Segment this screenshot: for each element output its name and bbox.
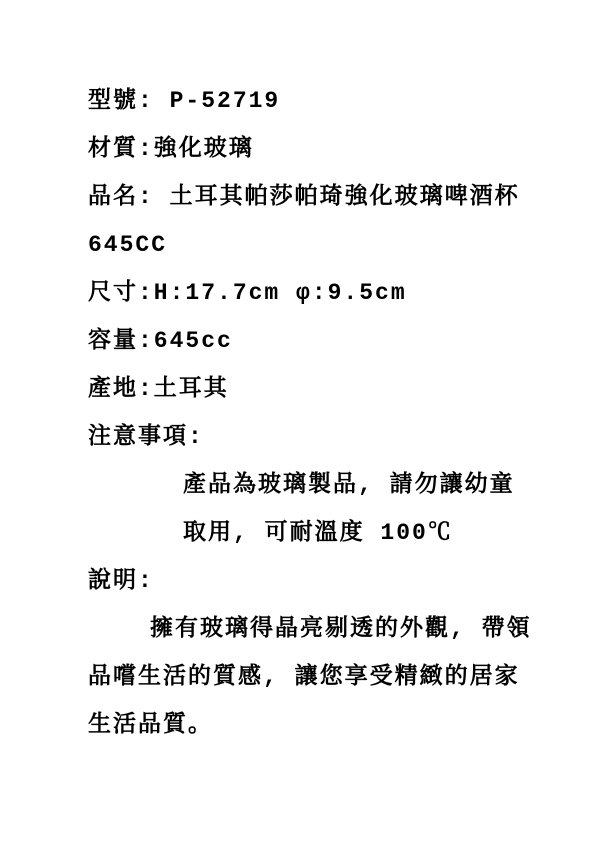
document-line: 產品為玻璃製品, 請勿讓幼童: [183, 461, 556, 509]
document-line: 容量:645cc: [88, 317, 556, 365]
document-line: 材質:強化玻璃: [88, 125, 556, 173]
document-line: 品嚐生活的質感, 讓您享受精緻的居家: [88, 653, 556, 701]
document-line: 注意事項:: [88, 413, 556, 461]
document-line: 645CC: [88, 221, 556, 269]
document-line: 品名: 土耳其帕莎帕琦強化玻璃啤酒杯: [88, 173, 556, 221]
product-spec-page: 型號: P-52719材質:強化玻璃品名: 土耳其帕莎帕琦強化玻璃啤酒杯645C…: [0, 0, 596, 842]
document-line: 產地:土耳其: [88, 365, 556, 413]
document-line: 尺寸:H:17.7cm φ:9.5cm: [88, 269, 556, 317]
document-line: 取用, 可耐溫度 100℃: [183, 509, 556, 557]
document-lines: 型號: P-52719材質:強化玻璃品名: 土耳其帕莎帕琦強化玻璃啤酒杯645C…: [88, 77, 556, 749]
document-line: 型號: P-52719: [88, 77, 556, 125]
document-line: 生活品質。: [88, 701, 556, 749]
document-line: 擁有玻璃得晶亮剔透的外觀, 帶領: [150, 605, 556, 653]
document-line: 說明:: [88, 557, 556, 605]
